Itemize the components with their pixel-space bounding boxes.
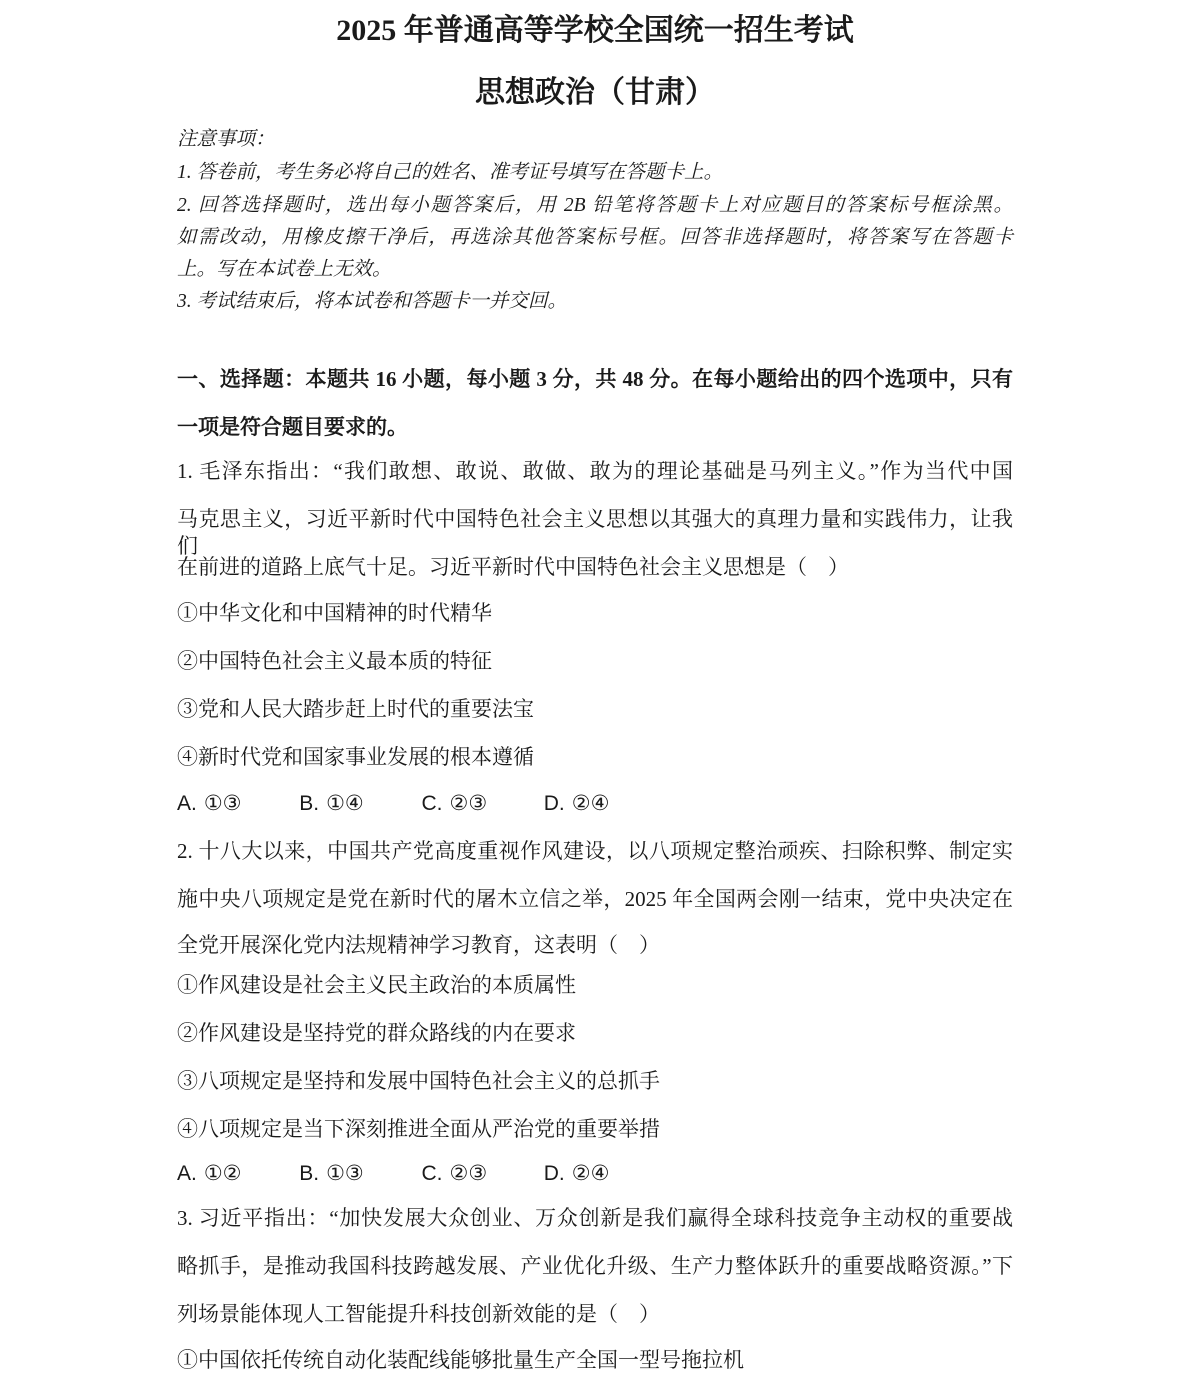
- choice-letter: B.: [299, 1162, 319, 1185]
- q1-stem-line1: 1. 毛泽东指出：“我们敢想、敢说、敢做、敢为的理论基础是马列主义。”作为当代中…: [177, 458, 1013, 485]
- q3-item-1: ①中国依托传统自动化装配线能够批量生产全国一型号拖拉机: [177, 1347, 1013, 1374]
- choice-value: ②④: [572, 791, 610, 815]
- q2-choice-a: A.①②: [177, 1160, 294, 1187]
- section1-heading-line2: 一项是符合题目要求的。: [177, 414, 1013, 441]
- q2-item-3: ③八项规定是坚持和发展中国特色社会主义的总抓手: [177, 1068, 1013, 1095]
- notice-heading: 注意事项：: [177, 127, 1013, 153]
- exam-title-line1: 2025 年普通高等学校全国统一招生考试: [177, 12, 1013, 50]
- q2-choices-row: A.①② B.①③ C.②③ D.②④: [177, 1160, 1013, 1187]
- q2-stem-line3: 全党开展深化党内法规精神学习教育，这表明（ ）: [177, 932, 1013, 959]
- q2-item-4: ④八项规定是当下深刻推进全面从严治党的重要举措: [177, 1116, 1013, 1143]
- choice-value: ①④: [326, 791, 364, 815]
- choice-letter: C.: [422, 792, 443, 815]
- notice-line-1: 1. 答卷前，考生务必将自己的姓名、准考证号填写在答题卡上。: [177, 160, 1013, 186]
- choice-value: ②③: [450, 1161, 488, 1185]
- q1-item-2: ②中国特色社会主义最本质的特征: [177, 648, 1013, 675]
- notice-line-2: 2. 回答选择题时，选出每小题答案后，用 2B 铅笔将答题卡上对应题目的答案标号…: [177, 193, 1013, 219]
- exam-page: 2025 年普通高等学校全国统一招生考试 思想政治（甘肃） 注意事项： 1. 答…: [177, 0, 1013, 1379]
- choice-value: ①③: [326, 1161, 364, 1185]
- notice-line-5: 3. 考试结束后，将本试卷和答题卡一并交回。: [177, 289, 1013, 315]
- choice-letter: B.: [299, 792, 319, 815]
- q1-item-4: ④新时代党和国家事业发展的根本遵循: [177, 744, 1013, 771]
- q2-item-2: ②作风建设是坚持党的群众路线的内在要求: [177, 1020, 1013, 1047]
- notice-line-3: 如需改动，用橡皮擦干净后，再选涂其他答案标号框。回答非选择题时，将答案写在答题卡: [177, 225, 1013, 251]
- q1-choice-d: D.②④: [544, 790, 610, 817]
- q3-stem-line2: 略抓手，是推动我国科技跨越发展、产业优化升级、生产力整体跃升的重要战略资源。”下: [177, 1253, 1013, 1280]
- q1-choice-a: A.①③: [177, 790, 294, 817]
- q1-item-1: ①中华文化和中国精神的时代精华: [177, 600, 1013, 627]
- choice-letter: A.: [177, 1162, 197, 1185]
- q2-stem-line1: 2. 十八大以来，中国共产党高度重视作风建设，以八项规定整治顽疾、扫除积弊、制定…: [177, 838, 1013, 865]
- choice-value: ①③: [204, 791, 242, 815]
- q2-item-1: ①作风建设是社会主义民主政治的本质属性: [177, 972, 1013, 999]
- notice-line-4: 上。写在本试卷上无效。: [177, 257, 1013, 283]
- choice-letter: C.: [422, 1162, 443, 1185]
- q1-item-3: ③党和人民大踏步赶上时代的重要法宝: [177, 696, 1013, 723]
- choice-value: ②④: [572, 1161, 610, 1185]
- choice-letter: D.: [544, 792, 565, 815]
- q2-choice-b: B.①③: [299, 1160, 416, 1187]
- q2-stem-line2: 施中央八项规定是党在新时代的屠木立信之举，2025 年全国两会刚一结束，党中央决…: [177, 886, 1013, 913]
- q1-stem-line2: 马克思主义，习近平新时代中国特色社会主义思想以其强大的真理力量和实践伟力，让我们: [177, 506, 1013, 560]
- exam-title-line2: 思想政治（甘肃）: [177, 74, 1013, 112]
- q1-choice-b: B.①④: [299, 790, 416, 817]
- choice-letter: A.: [177, 792, 197, 815]
- q2-choice-d: D.②④: [544, 1160, 610, 1187]
- section1-heading-line1: 一、选择题：本题共 16 小题，每小题 3 分，共 48 分。在每小题给出的四个…: [177, 366, 1013, 393]
- q1-stem-line3: 在前进的道路上底气十足。习近平新时代中国特色社会主义思想是（ ）: [177, 554, 1013, 581]
- choice-value: ②③: [450, 791, 488, 815]
- choice-value: ①②: [204, 1161, 242, 1185]
- q1-choices-row: A.①③ B.①④ C.②③ D.②④: [177, 790, 1013, 817]
- q3-stem-line3: 列场景能体现人工智能提升科技创新效能的是（ ）: [177, 1301, 1013, 1328]
- q1-choice-c: C.②③: [422, 790, 539, 817]
- choice-letter: D.: [544, 1162, 565, 1185]
- q3-stem-line1: 3. 习近平指出：“加快发展大众创业、万众创新是我们赢得全球科技竞争主动权的重要…: [177, 1205, 1013, 1232]
- q2-choice-c: C.②③: [422, 1160, 539, 1187]
